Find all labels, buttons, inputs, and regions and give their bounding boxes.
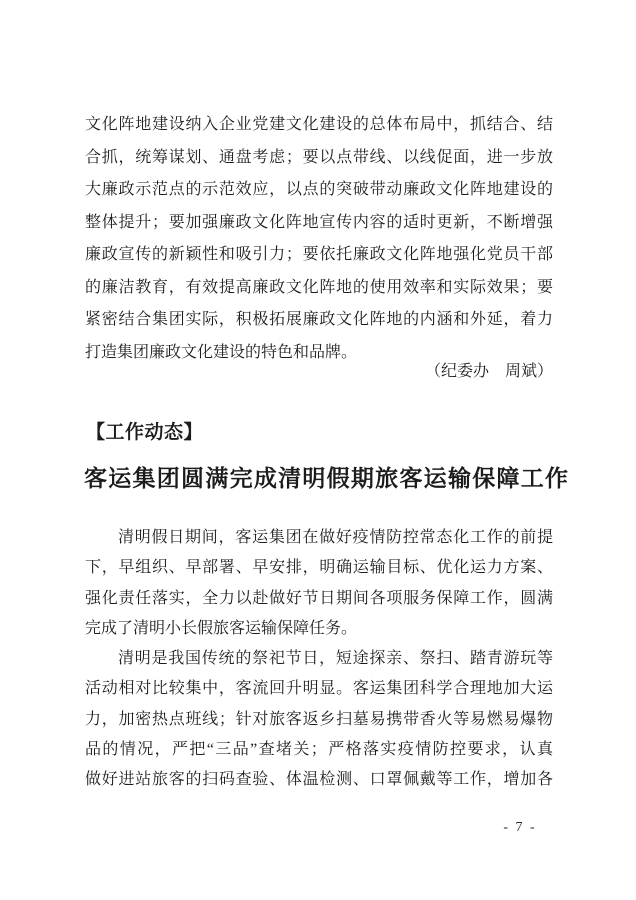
text-line: 活动相对比较集中，客流回升明显。客运集团科学合理地加大运 <box>85 674 553 704</box>
text-line: 大廉政示范点的示范效应，以点的突破带动廉政文化阵地建设的 <box>85 174 553 207</box>
text-line: 清明假日期间，客运集团在做好疫情防控常态化工作的前提 <box>85 523 553 553</box>
text-line: 下，早组织、早部署、早安排，明确运输目标、优化运力方案、 <box>85 553 553 583</box>
text-line: 做好进站旅客的扫码查验、体温检测、口罩佩戴等工作，增加各 <box>85 765 553 795</box>
continuation-paragraph: 文化阵地建设纳入企业党建文化建设的总体布局中，抓结合、结 合抓，统筹谋划、通盘考… <box>85 109 553 369</box>
text-line: 的廉洁教育，有效提高廉政文化阵地的使用效率和实际效果；要 <box>85 272 553 305</box>
text-line: 廉政宣传的新颖性和吸引力；要依托廉政文化阵地强化党员干部 <box>85 239 553 272</box>
text-line: 合抓，统筹谋划、通盘考虑；要以点带线、以线促面，进一步放 <box>85 142 553 175</box>
page-number: - 7 - <box>430 820 610 836</box>
text-line: 力，加密热点班线；针对旅客返乡扫墓易携带香火等易燃易爆物 <box>85 705 553 735</box>
article-title: 客运集团圆满完成清明假期旅客运输保障工作 <box>84 462 568 496</box>
text-line: 整体提升；要加强廉政文化阵地宣传内容的适时更新，不断增强 <box>85 207 553 240</box>
article-paragraph-1: 清明假日期间，客运集团在做好疫情防控常态化工作的前提 下，早组织、早部署、早安排… <box>85 523 553 644</box>
document-page: 文化阵地建设纳入企业党建文化建设的总体布局中，抓结合、结 合抓，统筹谋划、通盘考… <box>0 0 636 900</box>
section-header: 【工作动态】 <box>86 420 203 446</box>
text-line: 完成了清明小长假旅客运输保障任务。 <box>85 614 553 644</box>
text-line: 紧密结合集团实际，积极拓展廉政文化阵地的内涵和外延，着力 <box>85 304 553 337</box>
text-line: 文化阵地建设纳入企业党建文化建设的总体布局中，抓结合、结 <box>85 109 553 142</box>
article-paragraph-2: 清明是我国传统的祭祀节日，短途探亲、祭扫、踏青游玩等 活动相对比较集中，客流回升… <box>85 644 553 795</box>
attribution: （纪委办 周斌） <box>85 356 553 389</box>
text-line: 强化责任落实，全力以赴做好节日期间各项服务保障工作，圆满 <box>85 584 553 614</box>
text-line: 清明是我国传统的祭祀节日，短途探亲、祭扫、踏青游玩等 <box>85 644 553 674</box>
text-line: 品的情况，严把“三品”查堵关；严格落实疫情防控要求，认真 <box>85 735 553 765</box>
